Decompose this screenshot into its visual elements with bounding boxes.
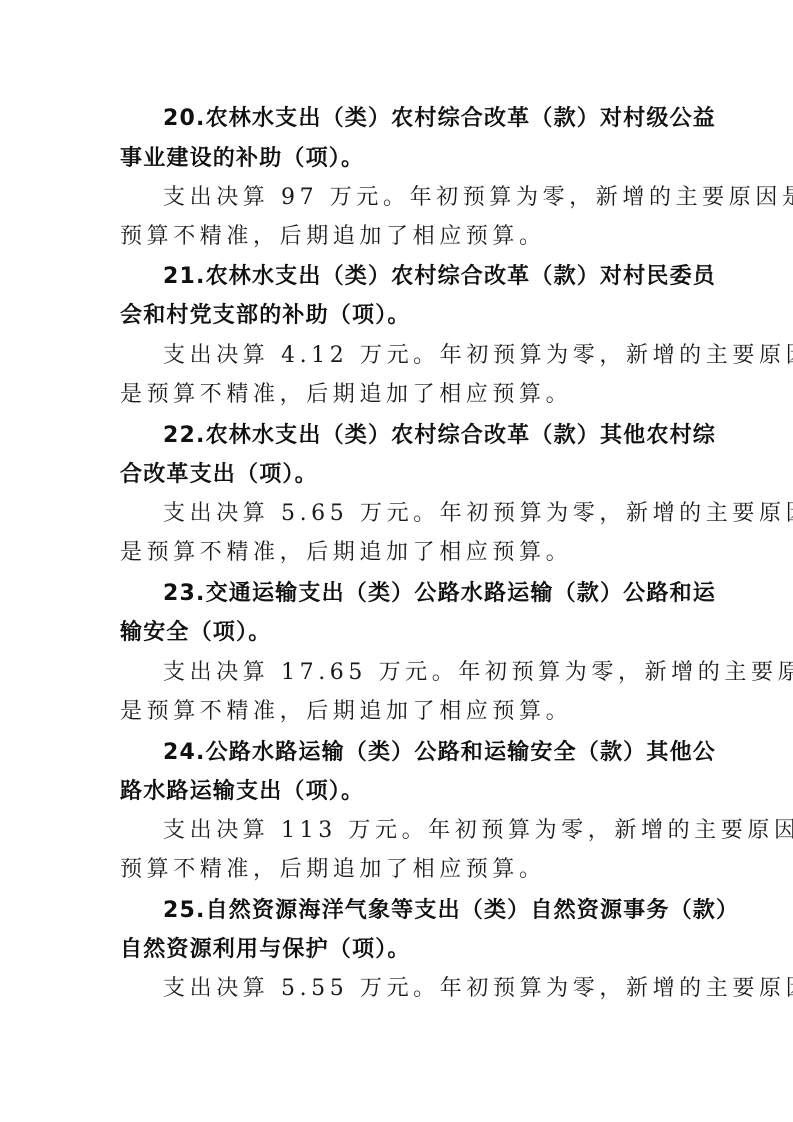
section-20-heading-line-2: 事业建设的补助（项）。: [120, 143, 680, 175]
section-21-body-line-2: 是预算不精准，后期追加了相应预算。: [120, 379, 680, 411]
section-22-body-line-1: 支出决算 5.65 万元。年初预算为零，新增的主要原因: [163, 498, 723, 530]
section-21-heading-line-2: 会和村党支部的补助（项）。: [120, 300, 680, 332]
section-20-body-line-2: 预算不精准，后期追加了相应预算。: [120, 221, 680, 253]
section-20-body-line-1: 支出决算 97 万元。年初预算为零，新增的主要原因是: [163, 182, 723, 214]
section-23-heading-line-1: 23.交通运输支出（类）公路水路运输（款）公路和运: [163, 578, 723, 610]
section-24-body-line-2: 预算不精准，后期追加了相应预算。: [120, 854, 680, 886]
section-25-heading-line-2: 自然资源利用与保护（项）。: [120, 934, 680, 966]
section-20-heading-line-1: 20.农林水支出（类）农村综合改革（款）对村级公益: [163, 103, 723, 135]
section-22-heading-line-2: 合改革支出（项）。: [120, 459, 680, 491]
section-21-heading-line-1: 21.农林水支出（类）农村综合改革（款）对村民委员: [163, 261, 723, 293]
section-24-body-line-1: 支出决算 113 万元。年初预算为零，新增的主要原因是: [163, 815, 723, 847]
section-23-heading-line-2: 输安全（项）。: [120, 617, 680, 649]
document-page: 20.农林水支出（类）农村综合改革（款）对村级公益 事业建设的补助（项）。 支出…: [0, 0, 793, 1122]
section-23-body-line-2: 是预算不精准，后期追加了相应预算。: [120, 696, 680, 728]
section-23-body-line-1: 支出决算 17.65 万元。年初预算为零，新增的主要原因: [163, 657, 723, 689]
section-21-body-line-1: 支出决算 4.12 万元。年初预算为零，新增的主要原因: [163, 340, 723, 372]
section-24-heading-line-1: 24.公路水路运输（类）公路和运输安全（款）其他公: [163, 737, 723, 769]
section-25-body-line-1: 支出决算 5.55 万元。年初预算为零，新增的主要原因: [163, 973, 723, 1005]
section-22-heading-line-1: 22.农林水支出（类）农村综合改革（款）其他农村综: [163, 420, 723, 452]
section-22-body-line-2: 是预算不精准，后期追加了相应预算。: [120, 537, 680, 569]
section-25-heading-line-1: 25.自然资源海洋气象等支出（类）自然资源事务（款）: [163, 895, 723, 927]
section-24-heading-line-2: 路水路运输支出（项）。: [120, 776, 680, 808]
